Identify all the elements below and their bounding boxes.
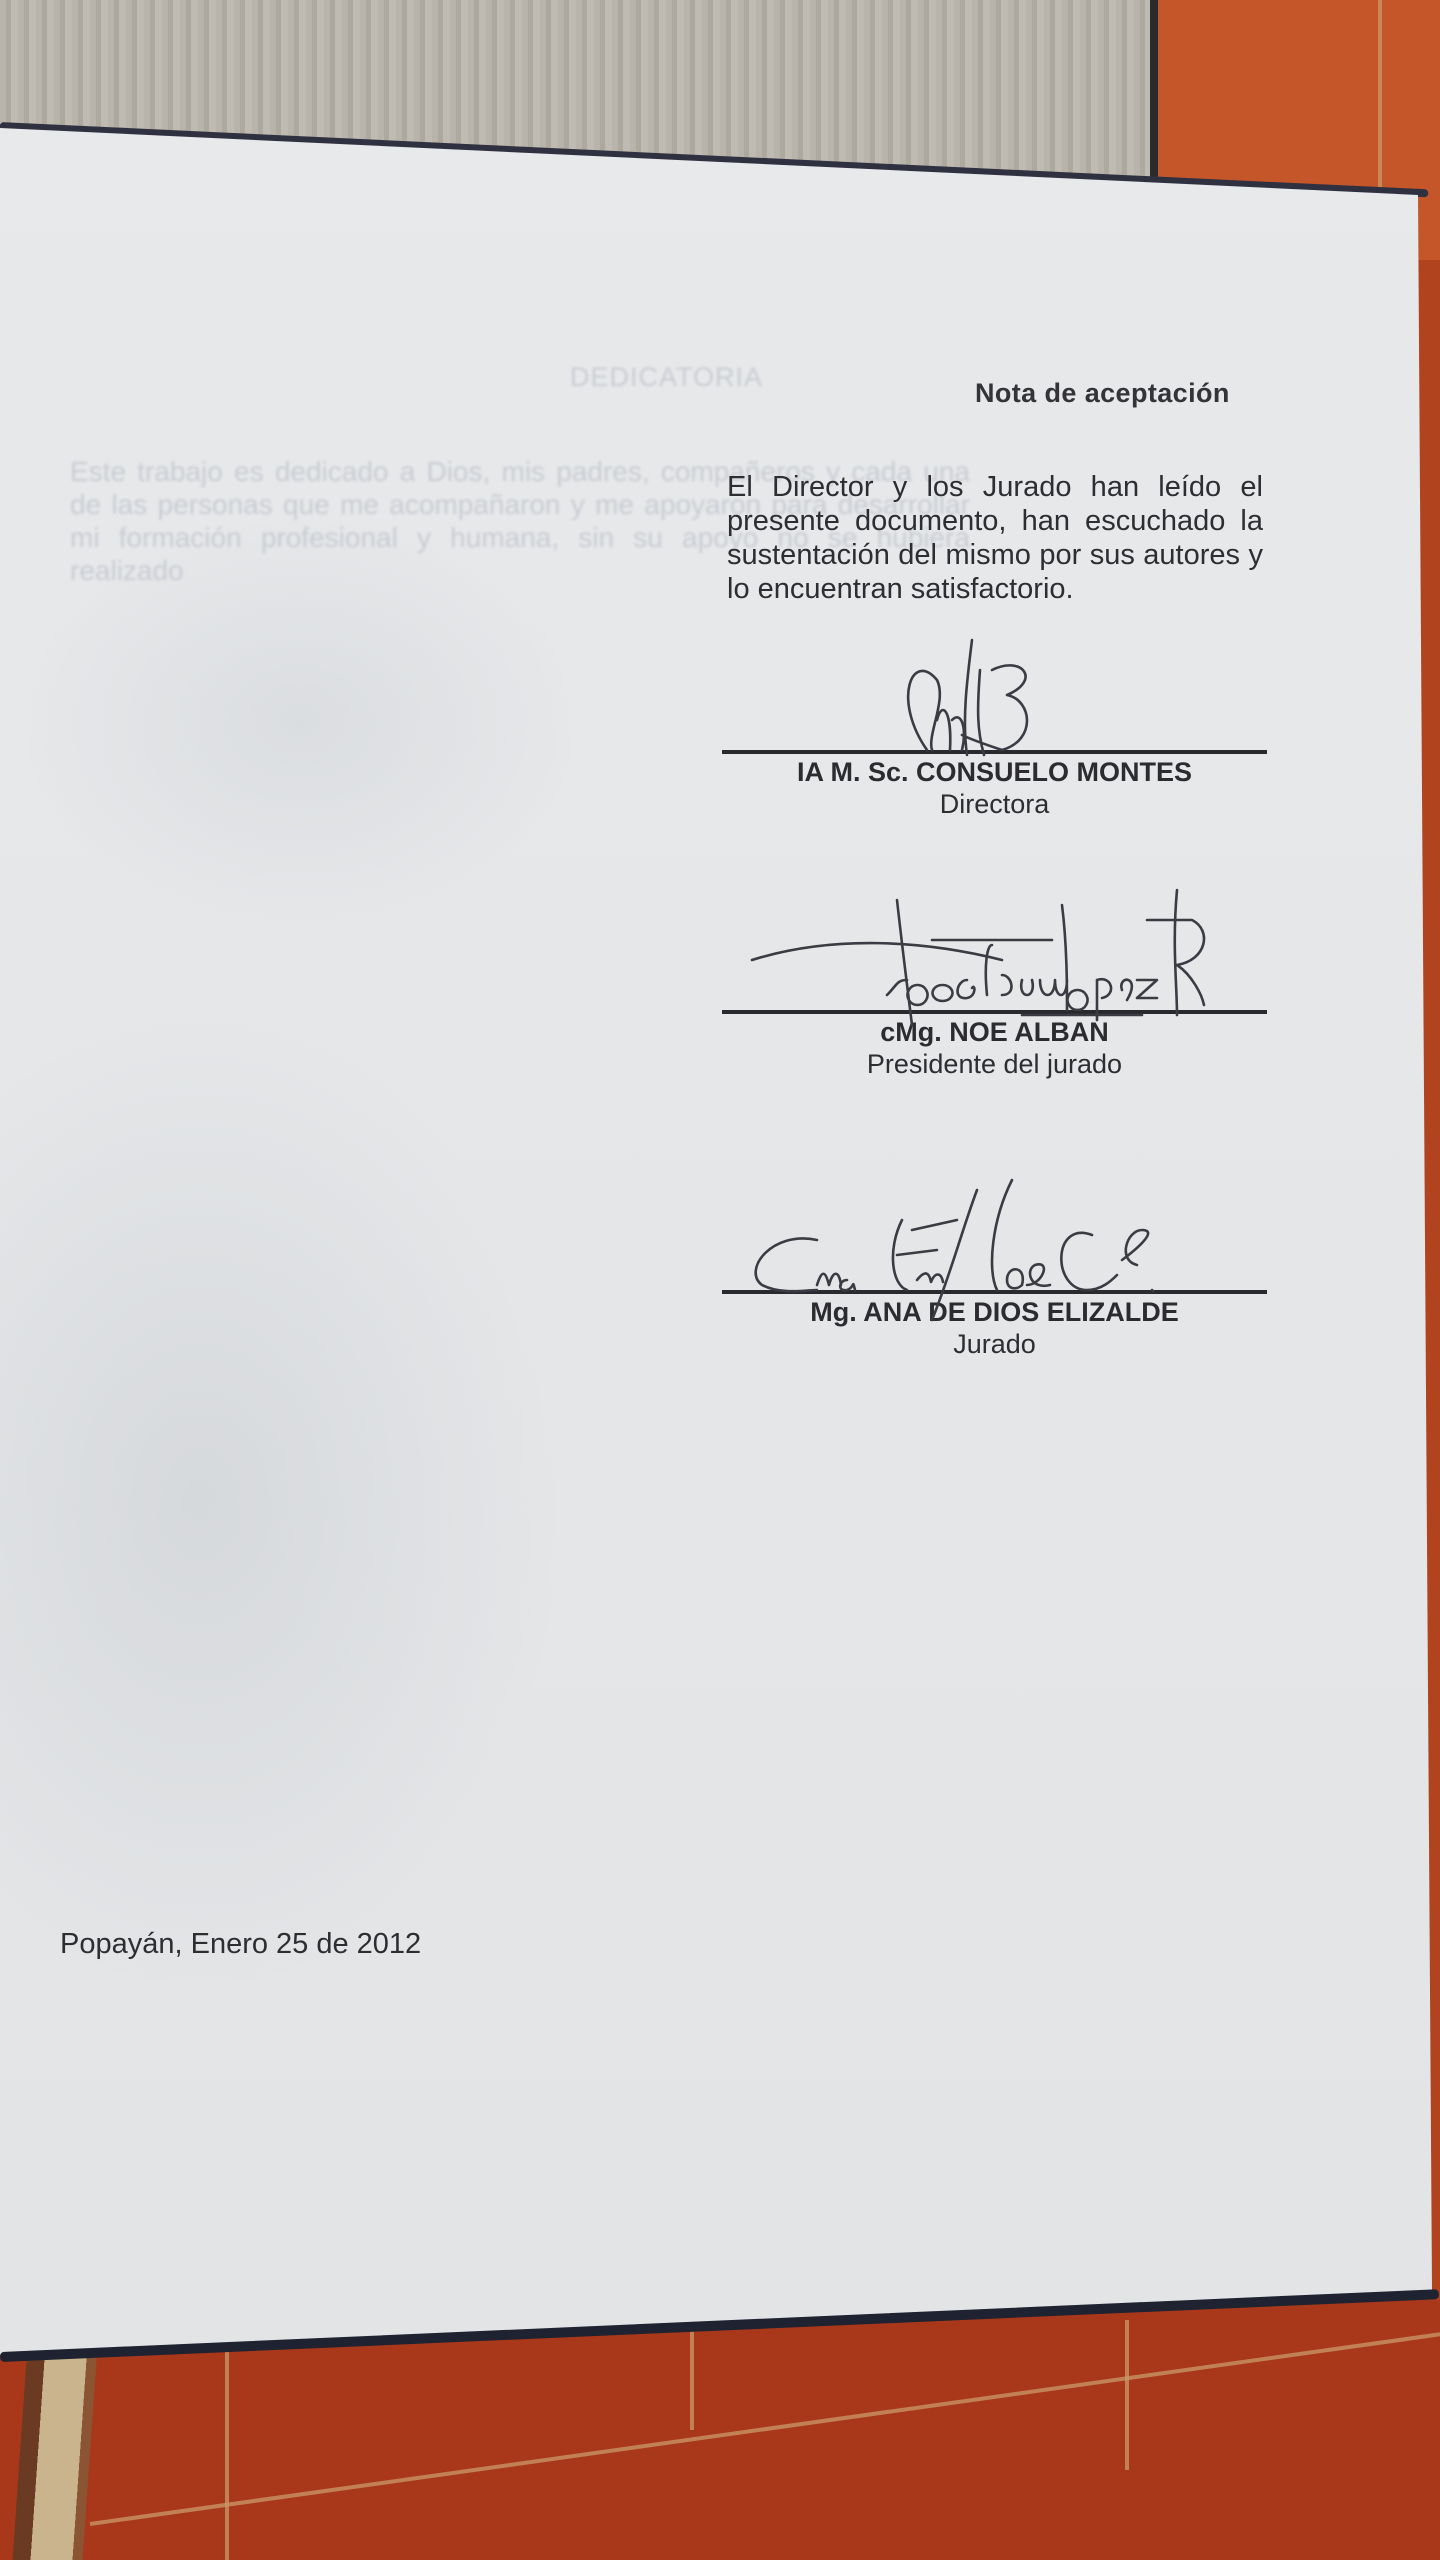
acceptance-statement: El Director y los Jurado han leído el pr… <box>727 470 1263 606</box>
handwritten-signature-icon <box>722 885 1267 1025</box>
signature-block-director: IA M. Sc. CONSUELO MONTES Directora <box>722 640 1267 820</box>
tile-joint <box>225 2350 229 2560</box>
signatory-role: Directora <box>722 788 1267 820</box>
signature-block-president: cMg. NOE ALBAN Presidente del jurado <box>722 885 1267 1080</box>
signatory-role: Presidente del jurado <box>722 1048 1267 1080</box>
document-heading: Nota de aceptación <box>975 378 1230 409</box>
handwritten-signature-icon <box>722 1180 1267 1320</box>
signature-block-jury: Mg. ANA DE DIOS ELIZALDE Jurado <box>722 1180 1267 1360</box>
bleed-through-title: DEDICATORIA <box>570 362 763 393</box>
signatory-role: Jurado <box>722 1328 1267 1360</box>
signatory-name: IA M. Sc. CONSUELO MONTES <box>722 756 1267 788</box>
tile-joint <box>1125 2320 1129 2470</box>
tile-joint <box>690 2330 694 2430</box>
place-and-date: Popayán, Enero 25 de 2012 <box>60 1928 421 1961</box>
handwritten-signature-icon <box>722 640 1267 760</box>
